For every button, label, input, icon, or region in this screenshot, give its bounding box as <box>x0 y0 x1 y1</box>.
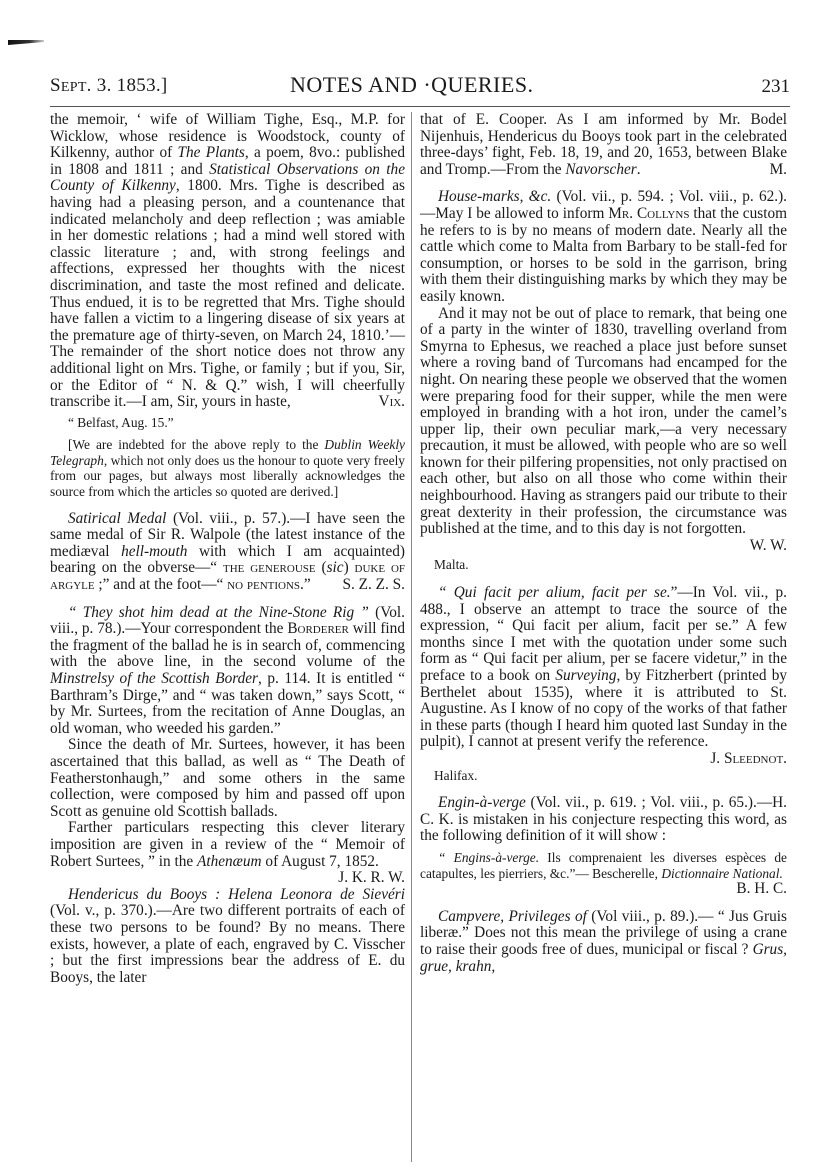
corner-scan-mark <box>8 40 44 45</box>
place-dateline: Malta. <box>434 557 787 574</box>
signature: M. <box>770 162 787 179</box>
editor-note: [We are indebted for the above reply to … <box>50 437 405 499</box>
signature: Vix. <box>379 394 405 411</box>
entry-title: Hendericus du Booys : Helena Leonora de … <box>68 886 405 903</box>
nine-stone-rig-paragraph-3: Farther particulars respecting this clev… <box>50 820 405 870</box>
entry-title: “ They shot him dead at the Nine-Stone R… <box>68 604 369 621</box>
campvere-entry: Campvere, Privileges of (Vol viii., p. 8… <box>420 909 787 975</box>
tighe-memoir-paragraph: the memoir, ‘ wife of William Tighe, Esq… <box>50 112 405 411</box>
header-rule <box>50 106 790 107</box>
signature: B. H. C. <box>420 881 787 898</box>
place-dateline: Halifax. <box>434 768 787 785</box>
nine-stone-rig-paragraph-2: Since the death of Mr. Surtees, however,… <box>50 737 405 820</box>
engin-a-verge-entry: Engin-à-verge (Vol. vii., p. 619. ; Vol.… <box>420 795 787 845</box>
signature: S. Z. Z. S. <box>325 577 405 594</box>
signature: J. Sleednot. <box>692 751 787 768</box>
entry-title: House-marks, &c. <box>438 188 551 205</box>
column-divider <box>411 112 412 1162</box>
signature: J. K. R. W. <box>320 870 405 887</box>
signature: W. W. <box>420 538 787 555</box>
left-column: the memoir, ‘ wife of William Tighe, Esq… <box>50 112 405 986</box>
entry-title: Engin-à-verge <box>438 794 526 811</box>
page-number: 231 <box>762 76 791 98</box>
house-marks-paragraph-2: And it may not be out of place to remark… <box>420 306 787 538</box>
nine-stone-rig-entry: “ They shot him dead at the Nine-Stone R… <box>50 605 405 738</box>
satirical-medal-entry: Satirical Medal (Vol. viii., p. 57.).—I … <box>50 511 405 594</box>
entry-title: Campvere, Privileges of <box>438 908 587 925</box>
running-header: SEPT. 3. 1853.] NOTES AND ·QUERIES. 231 <box>50 72 790 102</box>
issue-date: SEPT. 3. 1853.] <box>50 75 168 97</box>
entry-title: “ Qui facit per alium, facit per se. <box>438 584 671 601</box>
engin-a-verge-quotation: “ Engins-à-verge. Ils comprenaient les d… <box>420 850 787 881</box>
house-marks-entry: House-marks, &c. (Vol. vii., p. 594. ; V… <box>420 189 787 305</box>
du-booys-entry: Hendericus du Booys : Helena Leonora de … <box>50 887 405 987</box>
place-dateline: “ Belfast, Aug. 15.” <box>50 415 405 431</box>
entry-title: Satirical Medal <box>68 510 166 527</box>
right-column: that of E. Cooper. As I am informed by M… <box>420 112 787 975</box>
du-booys-continuation: that of E. Cooper. As I am informed by M… <box>420 112 787 178</box>
qui-facit-entry: “ Qui facit per alium, facit per se.”—In… <box>420 585 787 751</box>
journal-title: NOTES AND ·QUERIES. <box>290 72 534 98</box>
